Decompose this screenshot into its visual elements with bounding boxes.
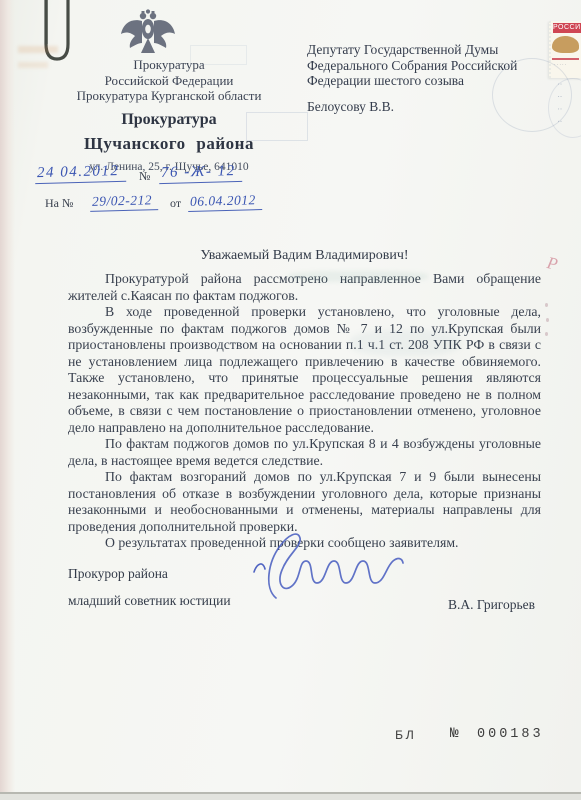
scanned-letter-page: Прокуратура Российской Федерации Прокура…: [0, 0, 581, 800]
handwritten-reference-number: 29/02-212: [90, 192, 158, 212]
body-paragraph: По фактам возгораний домов по ул.Крупска…: [68, 469, 541, 535]
postmark-marks: : : : :: [556, 82, 564, 126]
addressee-line1: Депутату Государственной Думы: [307, 42, 517, 58]
signer-position-line1: Прокурор района: [68, 566, 168, 582]
bleedthrough-smudge: [350, 330, 460, 356]
reference-prefix-label: На №: [45, 196, 73, 211]
reference-from-label: от: [170, 196, 181, 211]
bleedthrough-smudge: [288, 271, 428, 282]
letter-body: Прокуратурой района рассмотрено направле…: [68, 271, 541, 552]
number-sign-label: №: [139, 169, 150, 184]
handwritten-reference-date: 06.04.2012: [188, 192, 262, 212]
signer-name: В.А. Григорьев: [448, 597, 535, 613]
scan-left-edge: [0, 0, 15, 800]
stamp-underline: [552, 58, 579, 60]
addressee-line3: Федерации шестого созыва: [307, 73, 517, 89]
salutation: Уважаемый Вадим Владимирович!: [68, 248, 541, 264]
addressee-name: Белоусову В.В.: [307, 99, 517, 115]
margin-dot: [545, 332, 548, 336]
addressee-block: Депутату Государственной Думы Федерально…: [307, 42, 517, 114]
form-number: 000183: [477, 727, 544, 742]
handwritten-outgoing-date: 24 04.2012: [35, 163, 126, 184]
margin-dot: [546, 318, 549, 322]
faint-margin-note: Р: [545, 253, 559, 275]
org-name-line2: Российской Федерации: [28, 73, 310, 89]
postage-stamp-country-label: РОССИЯ: [553, 23, 581, 33]
scan-bottom-strip: [0, 794, 581, 800]
bleedthrough-smudge: [18, 62, 48, 68]
bleedthrough-box: [246, 112, 308, 141]
margin-dot: [545, 303, 548, 307]
body-paragraph: По фактам поджогов домов по ул.Крупская …: [68, 436, 541, 469]
form-number-sign: №: [450, 726, 459, 742]
form-series: БЛ: [395, 728, 417, 743]
bleedthrough-smudge: [18, 46, 58, 53]
signer-position-line2: младший советник юстиции: [68, 593, 231, 609]
bear-illustration: [552, 36, 579, 53]
handwritten-outgoing-number: 76 -Ж- 12: [159, 163, 242, 184]
coat-of-arms-eagle-icon: [119, 7, 177, 55]
org-name-line1: Прокуратура: [28, 57, 310, 73]
addressee-line2: Федерального Собрания Российской: [307, 58, 517, 74]
body-paragraph: В ходе проведенной проверки установлено,…: [68, 304, 541, 436]
bleedthrough-box: [190, 45, 247, 65]
handwritten-signature: [240, 528, 435, 608]
org-name-line3: Прокуратура Курганской области: [28, 88, 310, 104]
